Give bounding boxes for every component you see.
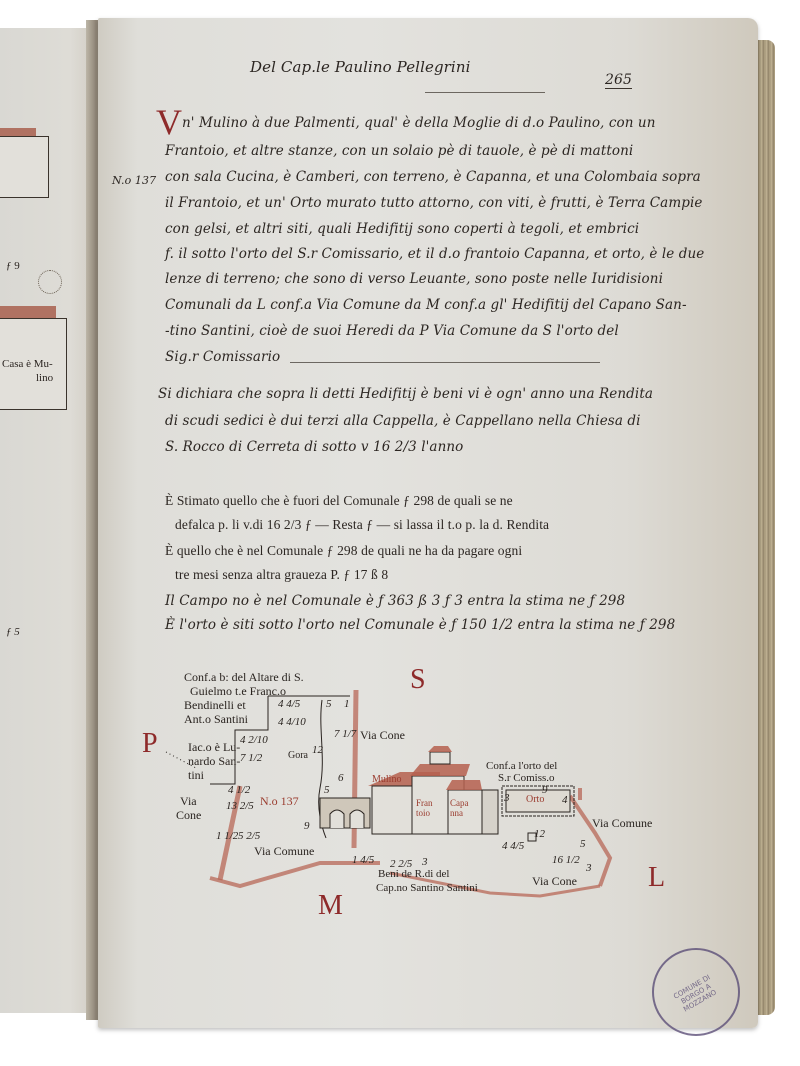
map-measure: 6 (338, 772, 344, 784)
compass-east-label: L (648, 862, 665, 894)
text-line-11: Si dichiara che sopra li detti Hedifitij… (158, 383, 653, 405)
map-measure: 1 1/2 (216, 830, 238, 842)
property-map: S P M L Conf.a b: del Altare di S. Guiel… (140, 668, 680, 928)
map-measure: 12 (534, 828, 545, 840)
text-line-2: Frantoio, et altre stanze, con un solaio… (165, 140, 633, 162)
valuation-line-5: Il Campo no è nel Comunale è ƒ 363 ß 3 ƒ… (165, 590, 625, 612)
left-page-tree (38, 270, 62, 294)
valuation-line-1: È Stimato quello che è fuori del Comunal… (165, 490, 513, 512)
facing-left-page: ƒ 9 Casa è Mu- lino ƒ 5 (0, 28, 100, 1013)
map-label-via-cone-top: Via Cone (360, 728, 405, 743)
left-page-building-roof (0, 306, 56, 318)
text-line-8: Comunali da L conf.a Via Comune da M con… (165, 294, 687, 316)
map-label-beni-2: Cap.no Santino Santini (376, 882, 478, 894)
text-line-5: con gelsi, et altri siti, quali Hedifiti… (165, 218, 639, 240)
text-line-1: n' Mulino à due Palmenti, qual' è della … (182, 112, 656, 134)
map-label-gora: Gora (288, 750, 308, 761)
text-line-10: Sig.r Comissario (165, 346, 280, 368)
stamp-text: COMUNE DI BORGO A MOZZANO (661, 967, 732, 1022)
map-label-heirs-2: nardo San- (188, 754, 240, 769)
map-measure: 4 4/5 (278, 698, 300, 710)
map-label-via-comune-bottom: Via Comune (254, 844, 314, 859)
map-measure: 2 2/5 (390, 858, 412, 870)
map-label-beni: Beni de R.di del (378, 868, 450, 880)
map-measure: 5 (326, 698, 332, 710)
map-label-via-comune-right: Via Comune (592, 816, 652, 831)
map-measure: 3 (504, 792, 510, 804)
compass-north-label: S (410, 664, 426, 696)
map-measure: 5 (580, 838, 586, 850)
line-filler-rule (290, 362, 600, 363)
map-measure: 4 (562, 794, 568, 806)
text-line-4: il Frantoio, et un' Orto murato tutto at… (165, 192, 702, 214)
map-measure: 4 1/2 (228, 784, 250, 796)
left-page-amount-1: ƒ 9 (6, 260, 20, 272)
map-measure: 13 2/5 (226, 800, 254, 812)
compass-south-label: M (318, 890, 343, 922)
map-label-frantoio: Fran toio (416, 798, 444, 818)
map-measure: 3 (422, 856, 428, 868)
drop-cap: V (156, 104, 182, 140)
left-page-roof-top (0, 128, 36, 136)
map-measure: 9 (304, 820, 310, 832)
map-label-conf-altare-4: Ant.o Santini (184, 712, 248, 727)
compass-west-label: P (142, 728, 158, 760)
header-flourish (425, 92, 545, 93)
map-label-conf-altare-2: Guielmo t.e Franc.o (190, 684, 286, 699)
left-page-amount-2: ƒ 5 (6, 626, 20, 638)
valuation-line-4: tre mesi senza altra graueza P. ƒ 17 ß 8 (175, 564, 388, 586)
map-label-mulino: Mulino (372, 774, 401, 785)
map-label-conf-altare: Conf.a b: del Altare di S. (184, 670, 304, 685)
map-label-via-cone-left-2: Cone (176, 808, 201, 823)
map-label-via-cone-left: Via (180, 794, 197, 809)
map-label-heirs-3: tini (188, 768, 204, 783)
valuation-line-2: defalca p. li v.di 16 2/3 ƒ — Resta ƒ — … (175, 514, 549, 536)
map-measure: 1 (344, 698, 350, 710)
map-measure: 12 (312, 744, 323, 756)
left-page-building-label-2: lino (36, 372, 53, 384)
archive-stamp: COMUNE DI BORGO A MOZZANO (652, 948, 740, 1036)
map-measure: 9 (542, 784, 548, 796)
map-measure: 4 4/10 (278, 716, 306, 728)
map-label-conf-orto: Conf.a l'orto del (486, 760, 557, 772)
map-label-via-cone-bottom-right: Via Cone (532, 874, 577, 889)
left-page-building-label: Casa è Mu- (2, 358, 53, 370)
text-line-6: f. il sotto l'orto del S.r Comissario, e… (165, 243, 704, 265)
page-header: Del Cap.le Paulino Pellegrini (250, 58, 470, 76)
map-measure: 5 (324, 784, 330, 796)
text-line-9: -tino Santini, cioè de suoi Heredi da P … (165, 320, 619, 342)
map-label-heirs: Iac.o è Lu- (188, 740, 240, 755)
map-measure: 4 4/5 (502, 840, 524, 852)
page-number: 265 (605, 72, 632, 89)
text-line-12: di scudi sedici è dui terzi alla Cappell… (165, 410, 641, 432)
text-line-3: con sala Cucina, è Camberi, con terreno,… (165, 166, 701, 188)
map-measure: 7 1/2 (240, 752, 262, 764)
map-label-entry-number: N.o 137 (260, 794, 299, 809)
map-label-conf-orto-2: S.r Comiss.o (498, 772, 555, 784)
map-measure: 3 (586, 862, 592, 874)
map-measure: 4 2/10 (240, 734, 268, 746)
text-line-7: lenze di terreno; che sono di verso Leua… (165, 268, 663, 290)
map-measure: 16 1/2 (552, 854, 580, 866)
valuation-line-6: È l'orto è siti sotto l'orto nel Comunal… (165, 614, 675, 636)
map-label-capanna: Capa nna (450, 798, 478, 818)
map-label-conf-altare-3: Bendinelli et (184, 698, 246, 713)
valuation-line-3: È quello che è nel Comunale ƒ 298 de qua… (165, 540, 522, 562)
entry-number: N.o 137 (112, 174, 156, 187)
map-measure: 7 1/7 (334, 728, 356, 740)
map-measure: 5 2/5 (238, 830, 260, 842)
map-measure: 1 4/5 (352, 854, 374, 866)
left-page-building-top (0, 136, 49, 198)
text-line-13: S. Rocco di Cerreta di sotto v 16 2/3 l'… (165, 436, 463, 458)
